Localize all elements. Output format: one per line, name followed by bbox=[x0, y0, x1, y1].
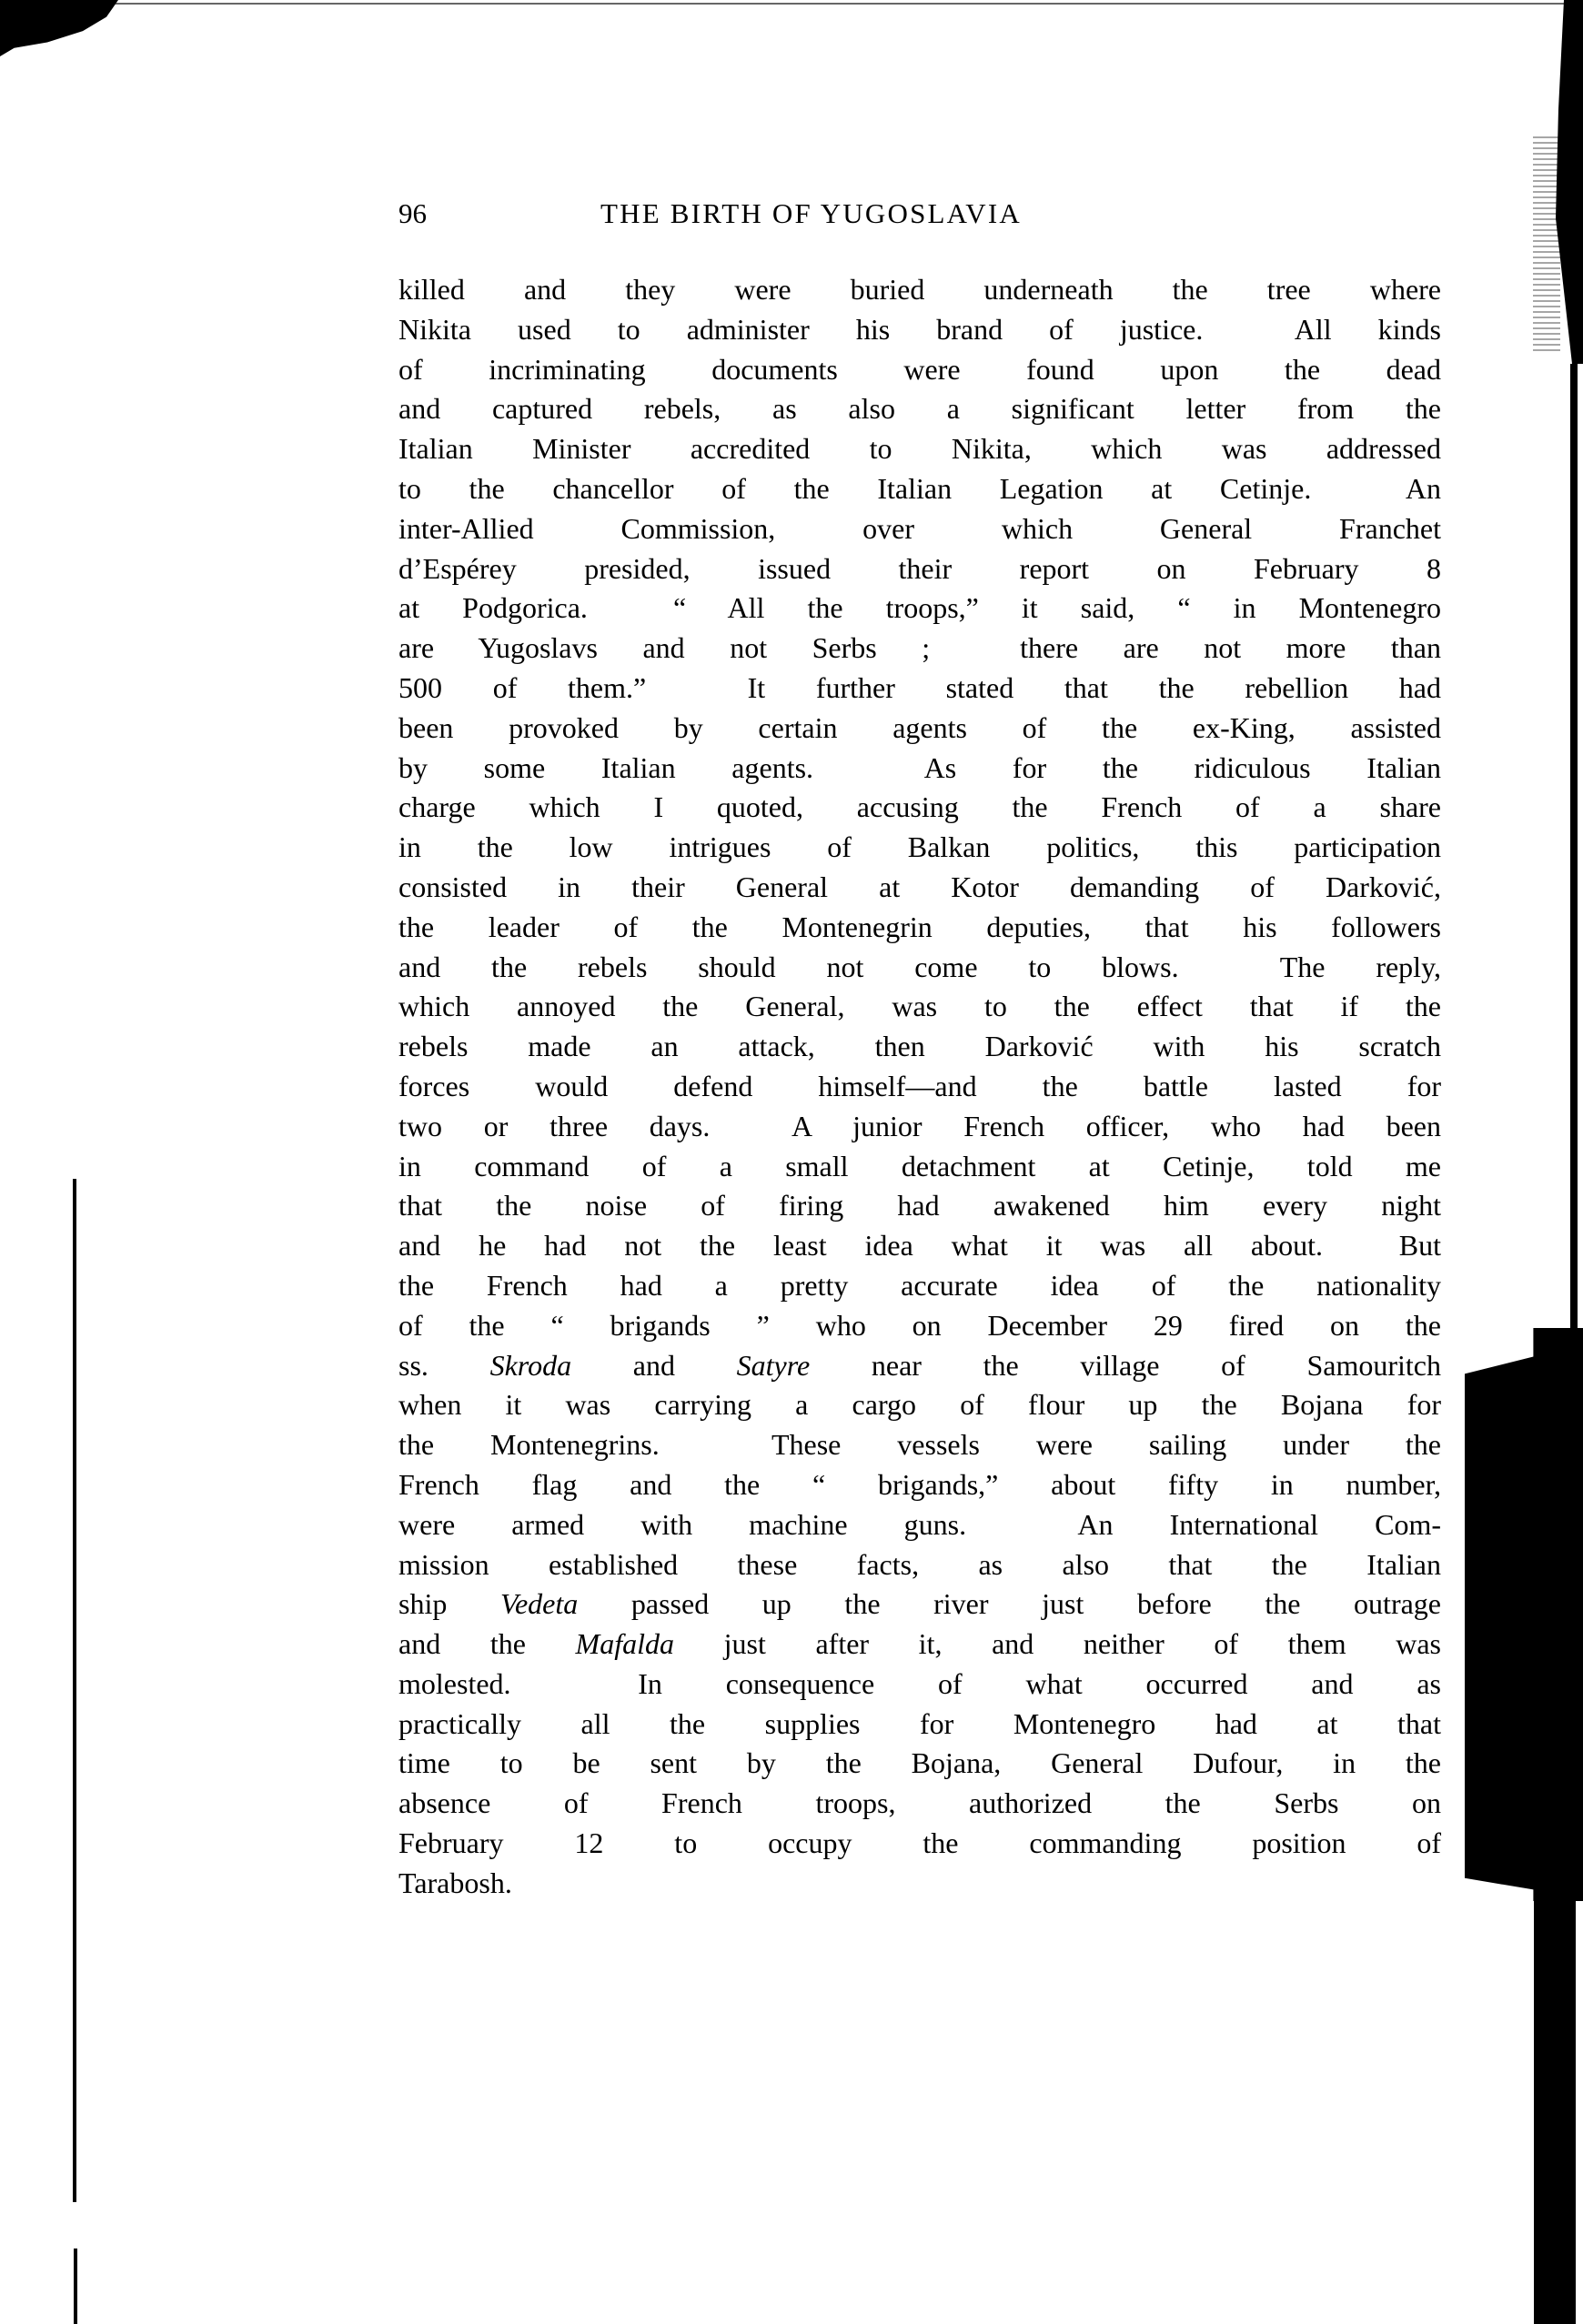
text-segment: when it was carrying a cargo of flour up… bbox=[398, 1388, 1441, 1421]
text-segment: that the noise of firing had awakened hi… bbox=[398, 1189, 1441, 1222]
text-segment: are Yugoslavs and not Serbs ; there are … bbox=[398, 631, 1441, 664]
text-line: the leader of the Montenegrin deputies, … bbox=[398, 908, 1441, 948]
text-line: and the rebels should not come to blows.… bbox=[398, 948, 1441, 988]
text-segment: charge which I quoted, accusing the Fren… bbox=[398, 790, 1441, 823]
text-segment: ship bbox=[398, 1587, 500, 1620]
text-line: at Podgorica. “ All the troops,” it said… bbox=[398, 589, 1441, 629]
text-line: d’Espérey presided, issued their report … bbox=[398, 549, 1441, 589]
text-segment: Italian Minister accredited to Nikita, w… bbox=[398, 432, 1441, 465]
text-line: ship Vedeta passed up the river just bef… bbox=[398, 1585, 1441, 1625]
text-line: in command of a small detachment at Ceti… bbox=[398, 1147, 1441, 1187]
text-line: and he had not the least idea what it wa… bbox=[398, 1226, 1441, 1266]
text-line: are Yugoslavs and not Serbs ; there are … bbox=[398, 629, 1441, 669]
text-line: consisted in their General at Kotor dema… bbox=[398, 868, 1441, 908]
ship-name-italic: Satyre bbox=[737, 1349, 811, 1382]
text-line: of incriminating documents were found up… bbox=[398, 350, 1441, 390]
text-line: absence of French troops, authorized the… bbox=[398, 1784, 1441, 1824]
text-line: Italian Minister accredited to Nikita, w… bbox=[398, 429, 1441, 469]
text-segment: 500 of them.” It further stated that the… bbox=[398, 671, 1441, 704]
text-line: Tarabosh. bbox=[398, 1864, 1441, 1904]
text-segment: molested. In consequence of what occurre… bbox=[398, 1667, 1441, 1700]
text-segment: February 12 to occupy the commanding pos… bbox=[398, 1826, 1441, 1859]
text-line: ss. Skroda and Satyre near the village o… bbox=[398, 1346, 1441, 1386]
text-line: forces would defend himself—and the batt… bbox=[398, 1067, 1441, 1107]
text-line: when it was carrying a cargo of flour up… bbox=[398, 1385, 1441, 1425]
scan-right-edge-block bbox=[1465, 1328, 1583, 1901]
text-segment: which annoyed the General, was to the ef… bbox=[398, 990, 1441, 1022]
text-segment: and he had not the least idea what it wa… bbox=[398, 1229, 1441, 1262]
scan-top-edge bbox=[109, 3, 1565, 5]
body-paragraph: killed and they were buried underneath t… bbox=[398, 270, 1441, 1904]
text-segment: and captured rebels, as also a significa… bbox=[398, 392, 1441, 425]
scan-right-edge-noise bbox=[1533, 136, 1560, 355]
text-segment: rebels made an attack, then Darković wit… bbox=[398, 1030, 1441, 1062]
text-line: of the “ brigands ” who on December 29 f… bbox=[398, 1306, 1441, 1346]
text-line: by some Italian agents. As for the ridic… bbox=[398, 749, 1441, 789]
text-segment: time to be sent by the Bojana, General D… bbox=[398, 1746, 1441, 1779]
ship-name-italic: Vedeta bbox=[500, 1587, 578, 1620]
text-segment: Nikita used to administer his brand of j… bbox=[398, 313, 1441, 346]
text-line: Nikita used to administer his brand of j… bbox=[398, 310, 1441, 350]
text-segment: killed and they were buried underneath t… bbox=[398, 273, 1441, 306]
text-segment: practically all the supplies for Montene… bbox=[398, 1707, 1441, 1740]
text-line: inter-Allied Commission, over which Gene… bbox=[398, 509, 1441, 549]
text-line: mission established these facts, as also… bbox=[398, 1545, 1441, 1585]
text-line: French flag and the “ brigands,” about f… bbox=[398, 1465, 1441, 1505]
text-line: February 12 to occupy the commanding pos… bbox=[398, 1824, 1441, 1864]
text-segment: at Podgorica. “ All the troops,” it said… bbox=[398, 591, 1441, 624]
scan-corner-shadow bbox=[0, 0, 118, 56]
text-line: practically all the supplies for Montene… bbox=[398, 1705, 1441, 1745]
text-line: and captured rebels, as also a significa… bbox=[398, 389, 1441, 429]
text-line: which annoyed the General, was to the ef… bbox=[398, 987, 1441, 1027]
text-line: 500 of them.” It further stated that the… bbox=[398, 669, 1441, 709]
text-line: and the Mafalda just after it, and neith… bbox=[398, 1625, 1441, 1665]
text-segment: inter-Allied Commission, over which Gene… bbox=[398, 512, 1441, 545]
text-line: time to be sent by the Bojana, General D… bbox=[398, 1744, 1441, 1784]
text-line: the French had a pretty accurate idea of… bbox=[398, 1266, 1441, 1306]
text-segment: just after it, and neither of them was bbox=[674, 1627, 1441, 1660]
text-segment: two or three days. A junior French offic… bbox=[398, 1110, 1441, 1142]
scan-right-edge-strip bbox=[1570, 364, 1578, 1328]
text-line: molested. In consequence of what occurre… bbox=[398, 1665, 1441, 1705]
text-line: that the noise of firing had awakened hi… bbox=[398, 1186, 1441, 1226]
scan-left-gutter-line bbox=[73, 1179, 76, 2202]
text-segment: the leader of the Montenegrin deputies, … bbox=[398, 910, 1441, 943]
text-segment: were armed with machine guns. An Interna… bbox=[398, 1508, 1441, 1541]
text-line: were armed with machine guns. An Interna… bbox=[398, 1505, 1441, 1545]
text-segment: of the “ brigands ” who on December 29 f… bbox=[398, 1309, 1441, 1342]
text-segment: of incriminating documents were found up… bbox=[398, 353, 1441, 386]
text-line: rebels made an attack, then Darković wit… bbox=[398, 1027, 1441, 1067]
scan-left-gutter-line-lower bbox=[74, 2249, 77, 2324]
text-segment: passed up the river just before the outr… bbox=[578, 1587, 1441, 1620]
text-segment: ss. bbox=[398, 1349, 490, 1382]
text-segment: the Montenegrins. These vessels were sai… bbox=[398, 1428, 1441, 1461]
text-line: been provoked by certain agents of the e… bbox=[398, 709, 1441, 749]
text-segment: forces would defend himself—and the batt… bbox=[398, 1070, 1441, 1102]
page-number: 96 bbox=[398, 198, 427, 229]
text-line: charge which I quoted, accusing the Fren… bbox=[398, 788, 1441, 828]
text-segment: by some Italian agents. As for the ridic… bbox=[398, 751, 1441, 784]
text-segment: to the chancellor of the Italian Legatio… bbox=[398, 472, 1441, 505]
text-segment: absence of French troops, authorized the… bbox=[398, 1786, 1441, 1819]
text-segment: and the rebels should not come to blows.… bbox=[398, 951, 1441, 983]
text-segment: the French had a pretty accurate idea of… bbox=[398, 1269, 1441, 1302]
text-line: in the low intrigues of Balkan politics,… bbox=[398, 828, 1441, 868]
text-segment: d’Espérey presided, issued their report … bbox=[398, 552, 1441, 585]
text-segment: French flag and the “ brigands,” about f… bbox=[398, 1468, 1441, 1501]
text-segment: and the bbox=[398, 1627, 576, 1660]
running-title: THE BIRTH OF YUGOSLAVIA bbox=[600, 198, 1022, 229]
text-segment: consisted in their General at Kotor dema… bbox=[398, 870, 1441, 903]
text-line: killed and they were buried underneath t… bbox=[398, 270, 1441, 310]
text-segment: in command of a small detachment at Ceti… bbox=[398, 1150, 1441, 1182]
text-line: the Montenegrins. These vessels were sai… bbox=[398, 1425, 1441, 1465]
ship-name-italic: Skroda bbox=[490, 1349, 571, 1382]
text-line: two or three days. A junior French offic… bbox=[398, 1107, 1441, 1147]
text-segment: near the village of Samouritch bbox=[810, 1349, 1441, 1382]
running-head: 96 THE BIRTH OF YUGOSLAVIA bbox=[398, 198, 1441, 235]
text-segment: mission established these facts, as also… bbox=[398, 1548, 1441, 1581]
text-segment: been provoked by certain agents of the e… bbox=[398, 711, 1441, 744]
text-line: to the chancellor of the Italian Legatio… bbox=[398, 469, 1441, 509]
scan-right-edge-lower bbox=[1534, 1892, 1576, 2324]
ship-name-italic: Mafalda bbox=[576, 1627, 674, 1660]
text-segment: and bbox=[571, 1349, 737, 1382]
text-segment: Tarabosh. bbox=[398, 1866, 512, 1899]
text-segment: in the low intrigues of Balkan politics,… bbox=[398, 830, 1441, 863]
